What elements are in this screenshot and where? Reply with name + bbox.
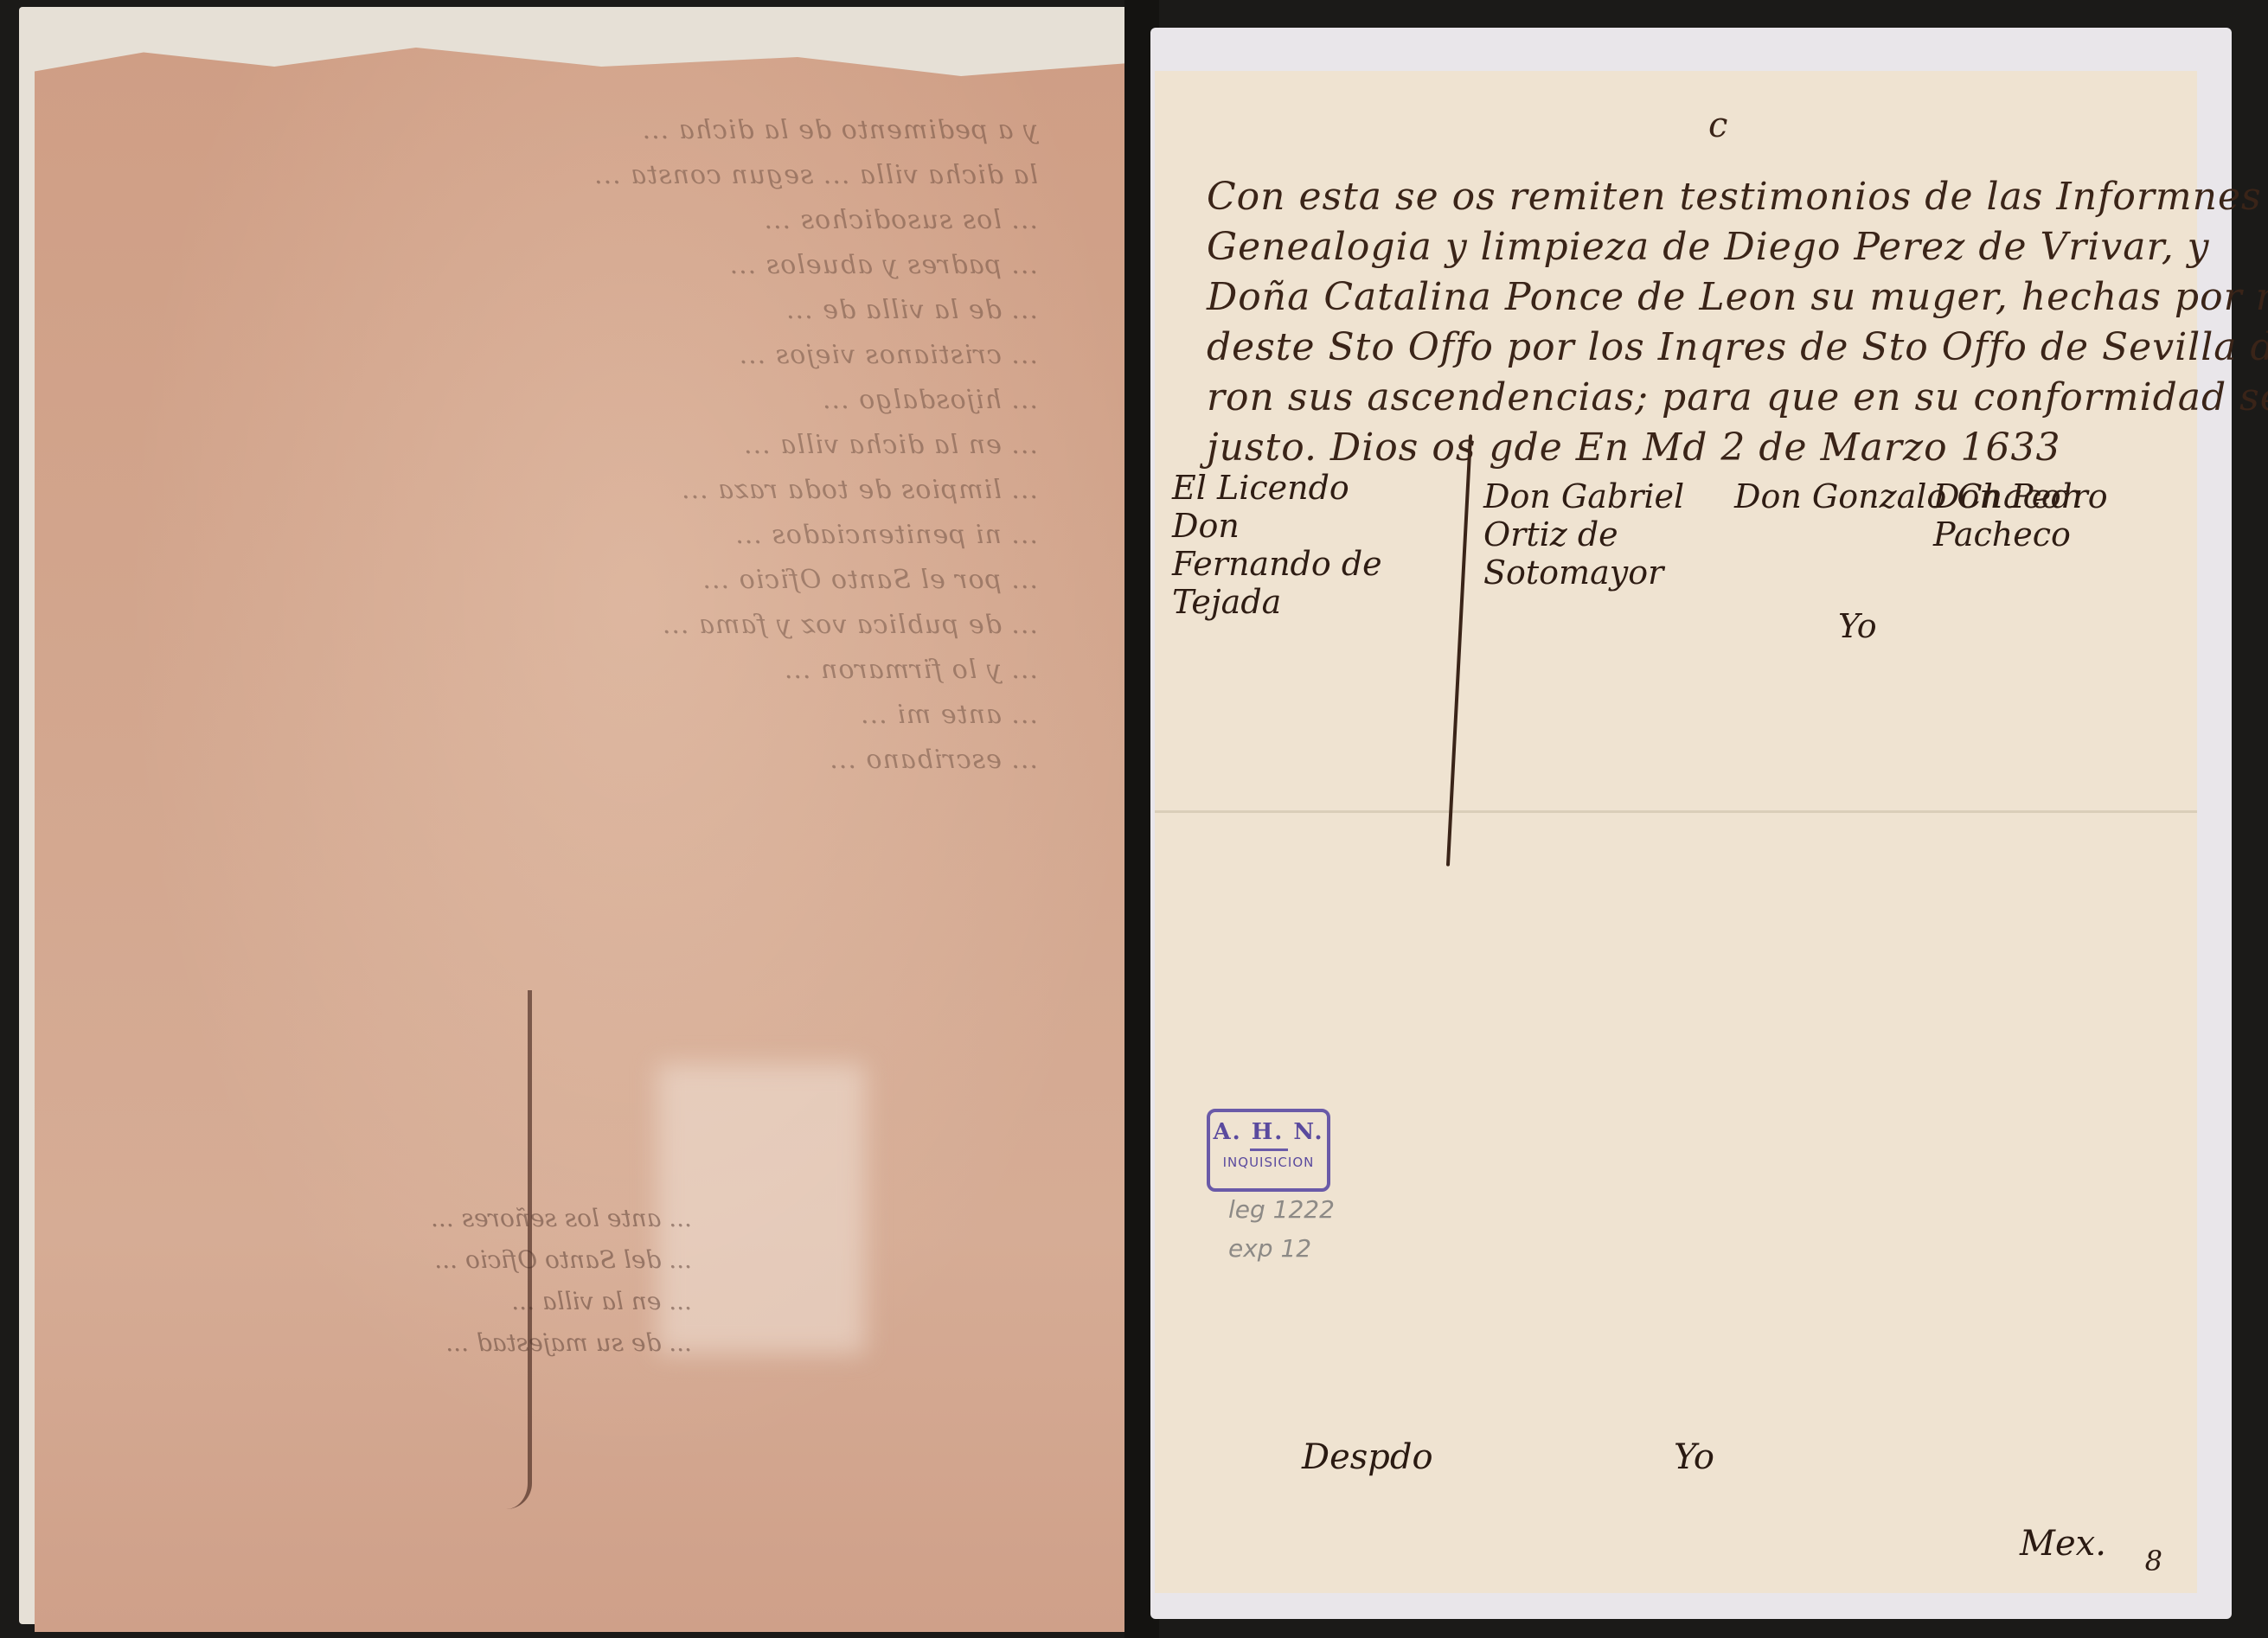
manuscript-line: deste Sto Offo por los Inqres de Sto Off…	[1207, 325, 2268, 369]
bottom-mark: Despdo	[1302, 1437, 1433, 1477]
manuscript-line: Genealogia y limpieza de Diego Perez de …	[1207, 225, 2210, 269]
manuscript-line: Con esta se os remiten testimonios de la…	[1207, 175, 2268, 219]
pencil-note-legajo: leg 1222	[1228, 1195, 1335, 1224]
fold-line	[1155, 810, 2197, 813]
signature-divider-stroke	[1446, 434, 1472, 867]
archive-stamp: A. H. N. INQUISICION	[1207, 1109, 1330, 1192]
bottom-mark: Mex.	[2020, 1524, 2106, 1564]
left-page: y a pedimento de la dicha ... la dicha v…	[35, 48, 1124, 1632]
signature: Don Gabriel Ortiz de Sotomayor	[1483, 477, 1743, 592]
manuscript-line: ron sus ascendencias; para que en su con…	[1207, 375, 2268, 419]
stamp-rule	[1250, 1149, 1288, 1151]
bottom-mark: Yo	[1674, 1437, 1714, 1477]
stamp-bottom-text: INQUISICION	[1210, 1155, 1327, 1170]
bleed-through-text: y a pedimento de la dicha ... la dicha v…	[86, 108, 1038, 783]
signature: Don Pedro Pacheco	[1933, 477, 2158, 553]
pencil-note-expediente: exp 12	[1228, 1234, 1311, 1263]
signature: El Licendo Don Fernando de Tejada	[1172, 469, 1397, 621]
top-mark: c	[1708, 106, 1727, 145]
manuscript-line: Doña Catalina Ponce de Leon su muger, he…	[1207, 275, 2268, 319]
folio-number: 8	[2145, 1545, 2162, 1577]
rubric: Yo	[1838, 607, 1877, 645]
stamp-top-text: A. H. N.	[1210, 1119, 1327, 1145]
bleed-through-lower-text: ... ante los señores ... ... del Santo O…	[86, 1198, 692, 1364]
right-page: c Con esta se os remiten testimonios de …	[1155, 71, 2197, 1593]
manuscript-line: justo. Dios os gde En Md 2 de Marzo 1633	[1207, 425, 2061, 470]
